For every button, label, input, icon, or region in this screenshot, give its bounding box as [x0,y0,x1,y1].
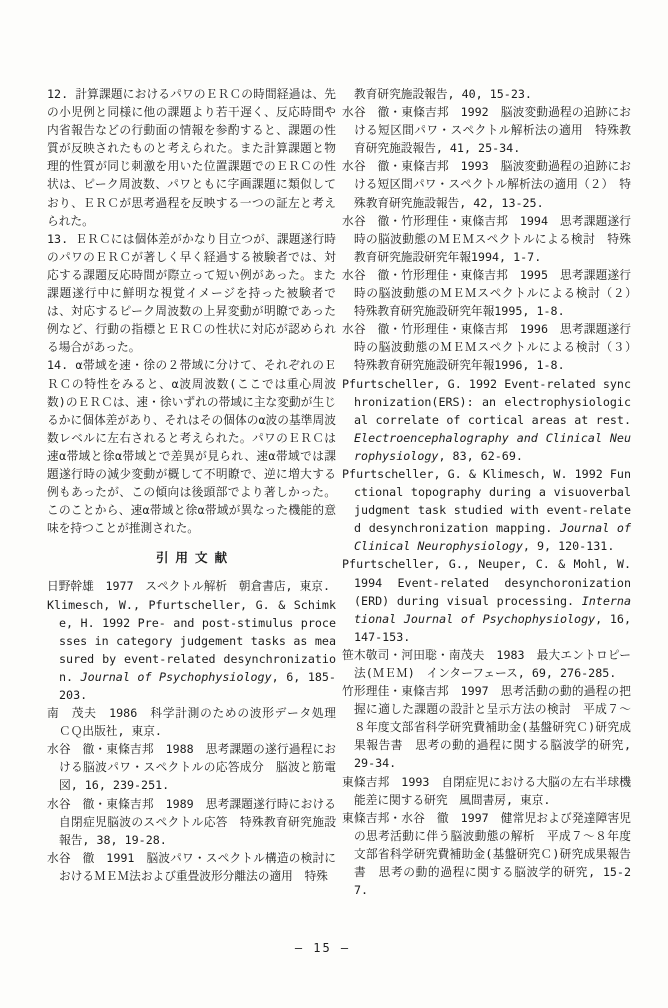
reference-item: 東條吉邦・水谷 徹 1997 健常児および発達障害児の思考活動に伴う脳波動態の解… [342,809,631,899]
reference-item: Pfurtscheller, G., Neuper, C. & Mohl, W.… [342,555,631,645]
reference-item: 水谷 徹・東條吉邦 1989 思考課題遂行時における自閉症児脳波のスペクトル応答… [47,795,336,849]
left-column: 12. 計算課題におけるパワのＥＲＣの時間経過は、先の小児例と同様に他の課題より… [47,85,336,885]
reference-item: 東條吉邦 1993 自閉症児における大脳の左右半球機能差に関する研究 風間書房,… [342,773,631,809]
reference-text: 東條吉邦 1993 自閉症児における大脳の左右半球機能差に関する研究 風間書房,… [342,775,631,807]
reference-text: 日野幹雄 1977 スペクトル解析 朝倉書店, 東京. [47,579,330,593]
scanned-paper-page: 12. 計算課題におけるパワのＥＲＣの時間経過は、先の小児例と同様に他の課題より… [0,0,668,1008]
reference-item: Klimesch, W., Pfurtscheller, G. & Schimk… [47,596,336,705]
reference-continuation: 教育研究施設報告, 40, 15-23. [342,85,631,103]
reference-item: 水谷 徹・竹形理佳・東條吉邦 1996 思考課題遂行時の脳波動態のＭＥＭスペクト… [342,320,631,374]
reference-text: 水谷 徹 1991 脳波パワ・スペクトル構造の検討におけるＭＥＭ法および重畳波形… [47,851,336,883]
reference-item: Pfurtscheller, G. 1992 Event-related syn… [342,375,631,465]
reference-item: 水谷 徹・竹形理佳・東條吉邦 1995 思考課題遂行時の脳波動態のＭＥＭスペクト… [342,266,631,320]
reference-text: 東條吉邦・水谷 徹 1997 健常児および発達障害児の思考活動に伴う脳波動態の解… [342,811,631,897]
reference-item: 水谷 徹・竹形理佳・東條吉邦 1994 思考課題遂行時の脳波動態のＭＥＭスペクト… [342,212,631,266]
reference-text: 水谷 徹・竹形理佳・東條吉邦 1994 思考課題遂行時の脳波動態のＭＥＭスペクト… [342,214,631,264]
reference-text: 水谷 徹・竹形理佳・東條吉邦 1995 思考課題遂行時の脳波動態のＭＥＭスペクト… [342,268,643,318]
reference-text: Pfurtscheller, G. 1992 Event-related syn… [342,377,631,427]
reference-item: 日野幹雄 1977 スペクトル解析 朝倉書店, 東京. [47,577,336,595]
reference-item: 竹形理佳・東條吉邦 1997 思考活動の動的過程の把握に適した課題の設計と呈示方… [342,682,631,772]
reference-text: , 9, 120-131. [523,539,614,553]
reference-item: 南 茂夫 1986 科学計測のための波形データ処理 ＣＱ出版社, 東京. [47,704,336,740]
reference-item: 水谷 徹 1991 脳波パワ・スペクトル構造の検討におけるＭＥＭ法および重畳波形… [47,849,336,885]
reference-item: Pfurtscheller, G. & Klimesch, W. 1992 Fu… [342,465,631,555]
summary-paragraph: 13. ＥＲＣには個体差がかなり目立つが、課題遂行時のパワのＥＲＣが著しく早く経… [47,230,336,357]
references-list-left: 日野幹雄 1977 スペクトル解析 朝倉書店, 東京.Klimesch, W.,… [47,577,336,885]
summary-paragraphs: 12. 計算課題におけるパワのＥＲＣの時間経過は、先の小児例と同様に他の課題より… [47,85,336,537]
reference-text: 水谷 徹・東條吉邦 1988 思考課題の遂行過程における脳波パワ・スペクトルの応… [47,742,336,792]
reference-text: 笹木敬司・河田聡・南茂夫 1983 最大エントロピー法(ＭＥＭ) インターフェー… [342,648,631,680]
reference-text: , 83, 62-69. [438,449,522,463]
reference-item: 水谷 徹・東條吉邦 1988 思考課題の遂行過程における脳波パワ・スペクトルの応… [47,740,336,794]
right-column references-list-right: 教育研究施設報告, 40, 15-23.水谷 徹・東條吉邦 1992 脳波変動過… [342,85,631,899]
reference-item: 笹木敬司・河田聡・南茂夫 1983 最大エントロピー法(ＭＥＭ) インターフェー… [342,646,631,682]
summary-paragraph: 14. α帯域を速・徐の２帯域に分けて、それぞれのＥＲＣの特性をみると、α波周波… [47,356,336,537]
reference-text: 水谷 徹・竹形理佳・東條吉邦 1996 思考課題遂行時の脳波動態のＭＥＭスペクト… [342,322,643,372]
reference-item: 水谷 徹・東條吉邦 1993 脳波変動過程の追跡における短区間パワ・スペクトル解… [342,157,631,211]
reference-text: 水谷 徹・東條吉邦 1992 脳波変動過程の追跡における短区間パワ・スペクトル解… [342,105,631,155]
reference-item: 水谷 徹・東條吉邦 1992 脳波変動過程の追跡における短区間パワ・スペクトル解… [342,103,631,157]
reference-text: 南 茂夫 1986 科学計測のための波形データ処理 ＣＱ出版社, 東京. [47,706,348,738]
page-number: — 15 — [0,941,645,955]
reference-text: 水谷 徹・東條吉邦 1989 思考課題遂行時における自閉症児脳波のスペクトル応答… [47,797,336,847]
reference-text: 竹形理佳・東條吉邦 1997 思考活動の動的過程の把握に適した課題の設計と呈示方… [342,684,631,770]
references-heading: 引用文献 [47,549,336,567]
reference-text: 水谷 徹・東條吉邦 1993 脳波変動過程の追跡における短区間パワ・スペクトル解… [342,159,631,209]
reference-text: 教育研究施設報告, 40, 15-23. [354,87,532,101]
summary-paragraph: 12. 計算課題におけるパワのＥＲＣの時間経過は、先の小児例と同様に他の課題より… [47,85,336,230]
journal-title: Journal of Psychophysiology [81,670,272,684]
